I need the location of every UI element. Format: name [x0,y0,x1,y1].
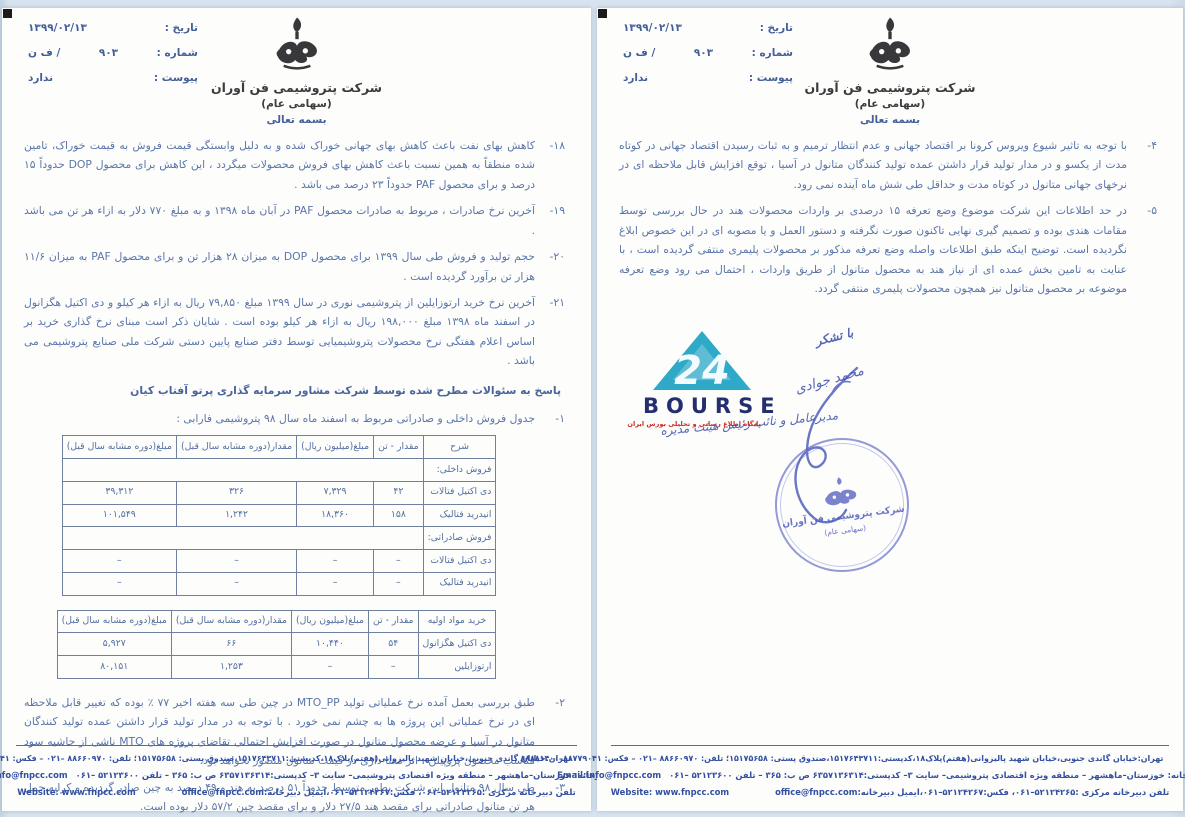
cell: ۳۲۶ [176,481,296,504]
col-header: مبلغ(میلیون ریال) [297,436,374,459]
item-number: ۲۰- [549,247,565,266]
date-row: تاریخ : ۱۳۹۹/۰۲/۱۳ [28,22,198,34]
company-type: (سهامی عام) [2,98,591,110]
section-title: پاسخ به سئوالات مطرح شده توسط شرکت مشاور… [24,381,561,400]
letter-footer: تهران:خیابان گاندی جنوبی،خیابان شهید پال… [611,745,1169,797]
cell: – [176,550,296,573]
footer-address: تهران:خیابان گاندی جنوبی،خیابان شهید پال… [22,753,572,763]
letterhead: تاریخ : ۱۳۹۹/۰۲/۱۳ شماره : ۹۰۳ / ف ن پیو… [597,8,1183,126]
cell: ۱,۲۵۳ [171,656,291,679]
table-section-row: فروش صادراتی: [62,527,496,550]
item-text: در حد اطلاعات این شرکت موضوع وضع تعرفه ۱… [619,204,1127,295]
company-block: شرکت پتروشیمی فن آوران (سهامی عام) بسمه … [2,80,591,126]
letter-footer: تهران:خیابان گاندی جنوبی،خیابان شهید پال… [16,745,577,797]
svg-text:24: 24 [674,348,730,394]
table-row: ارتوزایلین – – ۱,۲۵۳ ۸۰,۱۵۱ [57,656,496,679]
item-number: ۱- [555,409,565,428]
letter-page-1: تاریخ : ۱۳۹۹/۰۲/۱۳ شماره : ۹۰۳ / ف ن پیو… [597,8,1183,811]
paragraph-item-4: ۴- با توجه به تاثیر شیوع ویروس کرونا بر … [619,136,1159,194]
company-block: شرکت پتروشیمی فن آوران (سهامی عام) بسمه … [597,80,1183,126]
row-label: دی اکتیل فتالات [423,481,496,504]
bourse-brand: BOURSE [643,394,761,418]
item-text: آخرین نرخ صادرات ، مربوط به صادرات محصول… [24,204,535,236]
basmala: بسمه تعالی [2,114,591,126]
company-type: (سهامی عام) [597,98,1183,110]
table-header-row: شرح مقدار - تن مبلغ(میلیون ریال) مقدار(د… [62,436,496,459]
table-row: انیدرید فتالیک ۱۵۸ ۱۸,۳۶۰ ۱,۲۴۲ ۱۰۱,۵۴۹ [62,504,496,527]
row-label: دی اکتیل هگزانول [418,633,496,656]
bourse24-watermark: 24 BOURSE پایگاه اطلاع رسانی و تحلیلی بو… [643,328,761,428]
table-row: دی اکتیل فتالات ۴۲ ۷,۳۲۹ ۳۲۶ ۳۹,۳۱۲ [62,481,496,504]
cell: – [297,572,374,595]
row-label: انیدرید فتالیک [423,504,496,527]
footer-secretariat: تلفن دبیرخانه مرکزی :۵۲۱۲۴۲۶۵–۰۶۱، فکس:۵… [182,787,576,797]
footer-secretariat-row: تلفن دبیرخانه مرکزی :۵۲۱۲۴۲۶۵–۰۶۱، فکس:۵… [611,787,1169,797]
paragraph-item-21: ۲۱- آخرین نرخ خرید ارتوزایلین از پتروشیم… [24,293,567,371]
basmala: بسمه تعالی [597,114,1183,126]
cell: ۴۲ [374,481,424,504]
row-label: دی اکتیل فتالات [423,550,496,573]
letterhead: تاریخ : ۱۳۹۹/۰۲/۱۳ شماره : ۹۰۳ / ف ن پیو… [2,8,591,126]
table-header-row: خرید مواد اولیه مقدار - تن مبلغ(میلیون ر… [57,610,496,633]
company-name: شرکت پتروشیمی فن آوران [597,80,1183,95]
number-suffix: / ف ن [623,47,655,59]
cell: ۱۰,۴۴۰ [291,633,368,656]
cell: ۳۹,۳۱۲ [62,481,176,504]
item-number: ۴- [1147,136,1157,155]
row-label: فروش صادراتی: [423,527,496,550]
cell: ۶۶ [171,633,291,656]
paragraph-item-5: ۵- در حد اطلاعات این شرکت موضوع وضع تعرف… [619,201,1159,298]
item-number: ۱۹- [549,201,565,220]
footer-secretariat-row: تلفن دبیرخانه مرکزی :۵۲۱۲۴۲۶۵–۰۶۱، فکس:۵… [16,787,577,797]
purchases-table: خرید مواد اولیه مقدار - تن مبلغ(میلیون ر… [57,610,497,679]
handwritten-thanks: با تشکر [813,326,854,349]
date-label: تاریخ : [760,22,793,34]
row-label: انیدرید فتالیک [423,572,496,595]
cell: – [62,572,176,595]
number-value: ۹۰۳ [694,47,713,59]
cell: – [368,656,418,679]
item-number: ۱۸- [549,136,565,155]
cell: ۱,۲۴۲ [176,504,296,527]
footer-factory: محل کارخانه: خوزستان–ماهشهر – منطقه ویژه… [669,770,1185,780]
cell: – [62,550,176,573]
footer-factory: محل کارخانه: خوزستان–ماهشهر – منطقه ویژه… [76,770,630,780]
table-row: انیدرید فتالیک – – – – [62,572,496,595]
item-number: ۵- [1147,201,1157,220]
date-value: ۱۳۹۹/۰۲/۱۳ [28,22,87,34]
footer-factory-row: محل کارخانه: خوزستان–ماهشهر – منطقه ویژه… [16,770,577,780]
letter-body: ۱۸- کاهش بهای نفت باعث کاهش بهای جهانی خ… [2,126,591,816]
sales-table: شرح مقدار - تن مبلغ(میلیون ریال) مقدار(د… [62,435,497,595]
empty-cell [62,527,423,550]
table-section-row: فروش داخلی: [62,459,496,482]
footer-website: Website: www.fnpcc.com [17,787,135,797]
cell: – [176,572,296,595]
letter-page-2: تاریخ : ۱۳۹۹/۰۲/۱۳ شماره : ۹۰۳ / ف ن پیو… [2,8,591,811]
empty-cell [62,459,423,482]
question-1: ۱- جدول فروش داخلی و صادراتی مربوط به اس… [24,409,567,428]
col-header: شرح [423,436,496,459]
number-row: شماره : ۹۰۳ / ف ن [28,47,198,59]
stamp-company-name: شرکت پتروشیمی فن آوران [782,504,906,529]
item-number: ۲- [555,693,565,712]
item-text: جدول فروش داخلی و صادراتی مربوط به اسفند… [176,412,535,425]
number-label: شماره : [752,47,793,59]
cell: ۵۴ [368,633,418,656]
footer-email: Email:info@fnpcc.com [557,770,661,780]
company-logo-icon [865,14,915,80]
cell: ۷,۳۲۹ [297,481,374,504]
cell: ۵,۹۲۷ [57,633,171,656]
company-logo-icon [272,14,322,80]
stamp-logo-icon [819,473,863,512]
footer-website: Website: www.fnpcc.com [611,787,729,797]
row-label: ارتوزایلین [418,656,496,679]
number-suffix: / ف ن [28,47,60,59]
number-value: ۹۰۳ [99,47,118,59]
col-header: مبلغ(میلیون ریال) [291,610,368,633]
cell: ۱۸,۳۶۰ [297,504,374,527]
company-name: شرکت پتروشیمی فن آوران [2,80,591,95]
item-text: کاهش بهای نفت باعث کاهش بهای جهانی خوراک… [24,139,535,191]
stamp-company-type: (سهامی عام) [824,523,867,537]
col-header: مبلغ(دوره مشابه سال قبل) [62,436,176,459]
date-value: ۱۳۹۹/۰۲/۱۳ [623,22,682,34]
col-header: خرید مواد اولیه [418,610,496,633]
item-text: حجم تولید و فروش طی سال ۱۳۹۹ برای محصول … [24,250,535,282]
cell: – [291,656,368,679]
item-text: با توجه به تاثیر شیوع ویروس کرونا بر اقت… [619,139,1127,191]
number-row: شماره : ۹۰۳ / ف ن [623,47,793,59]
row-label: فروش داخلی: [423,459,496,482]
col-header: مقدار(دوره مشابه سال قبل) [171,610,291,633]
cell: – [374,550,424,573]
footer-email: Email:info@fnpcc.com [0,770,68,780]
table-row: دی اکتیل فتالات – – – – [62,550,496,573]
paragraph-item-20: ۲۰- حجم تولید و فروش طی سال ۱۳۹۹ برای مح… [24,247,567,286]
col-header: مقدار - تن [368,610,418,633]
number-label: شماره : [157,47,198,59]
col-header: مقدار - تن [374,436,424,459]
cell: – [297,550,374,573]
cell: ۱۵۸ [374,504,424,527]
col-header: مقدار(دوره مشابه سال قبل) [176,436,296,459]
letter-body: ۴- با توجه به تاثیر شیوع ویروس کرونا بر … [597,126,1183,298]
date-label: تاریخ : [165,22,198,34]
paragraph-item-18: ۱۸- کاهش بهای نفت باعث کاهش بهای جهانی خ… [24,136,567,194]
table-row: دی اکتیل هگزانول ۵۴ ۱۰,۴۴۰ ۶۶ ۵,۹۲۷ [57,633,496,656]
footer-address: تهران:خیابان گاندی جنوبی،خیابان شهید پال… [617,753,1164,763]
cell: ۱۰۱,۵۴۹ [62,504,176,527]
bourse24-triangle-icon: 24 [646,328,758,394]
item-number: ۲۱- [549,293,565,312]
cell: ۸۰,۱۵۱ [57,656,171,679]
col-header: مبلغ(دوره مشابه سال قبل) [57,610,171,633]
footer-secretariat: تلفن دبیرخانه مرکزی :۵۲۱۲۴۲۶۵–۰۶۱، فکس:۵… [775,787,1169,797]
footer-factory-row: محل کارخانه: خوزستان–ماهشهر – منطقه ویژه… [611,770,1169,780]
date-row: تاریخ : ۱۳۹۹/۰۲/۱۳ [623,22,793,34]
paragraph-item-19: ۱۹- آخرین نرخ صادرات ، مربوط به صادرات م… [24,201,567,240]
signature-zone: 24 BOURSE پایگاه اطلاع رسانی و تحلیلی بو… [597,320,1183,620]
item-text: آخرین نرخ خرید ارتوزایلین از پتروشیمی نو… [24,296,535,367]
cell: – [374,572,424,595]
